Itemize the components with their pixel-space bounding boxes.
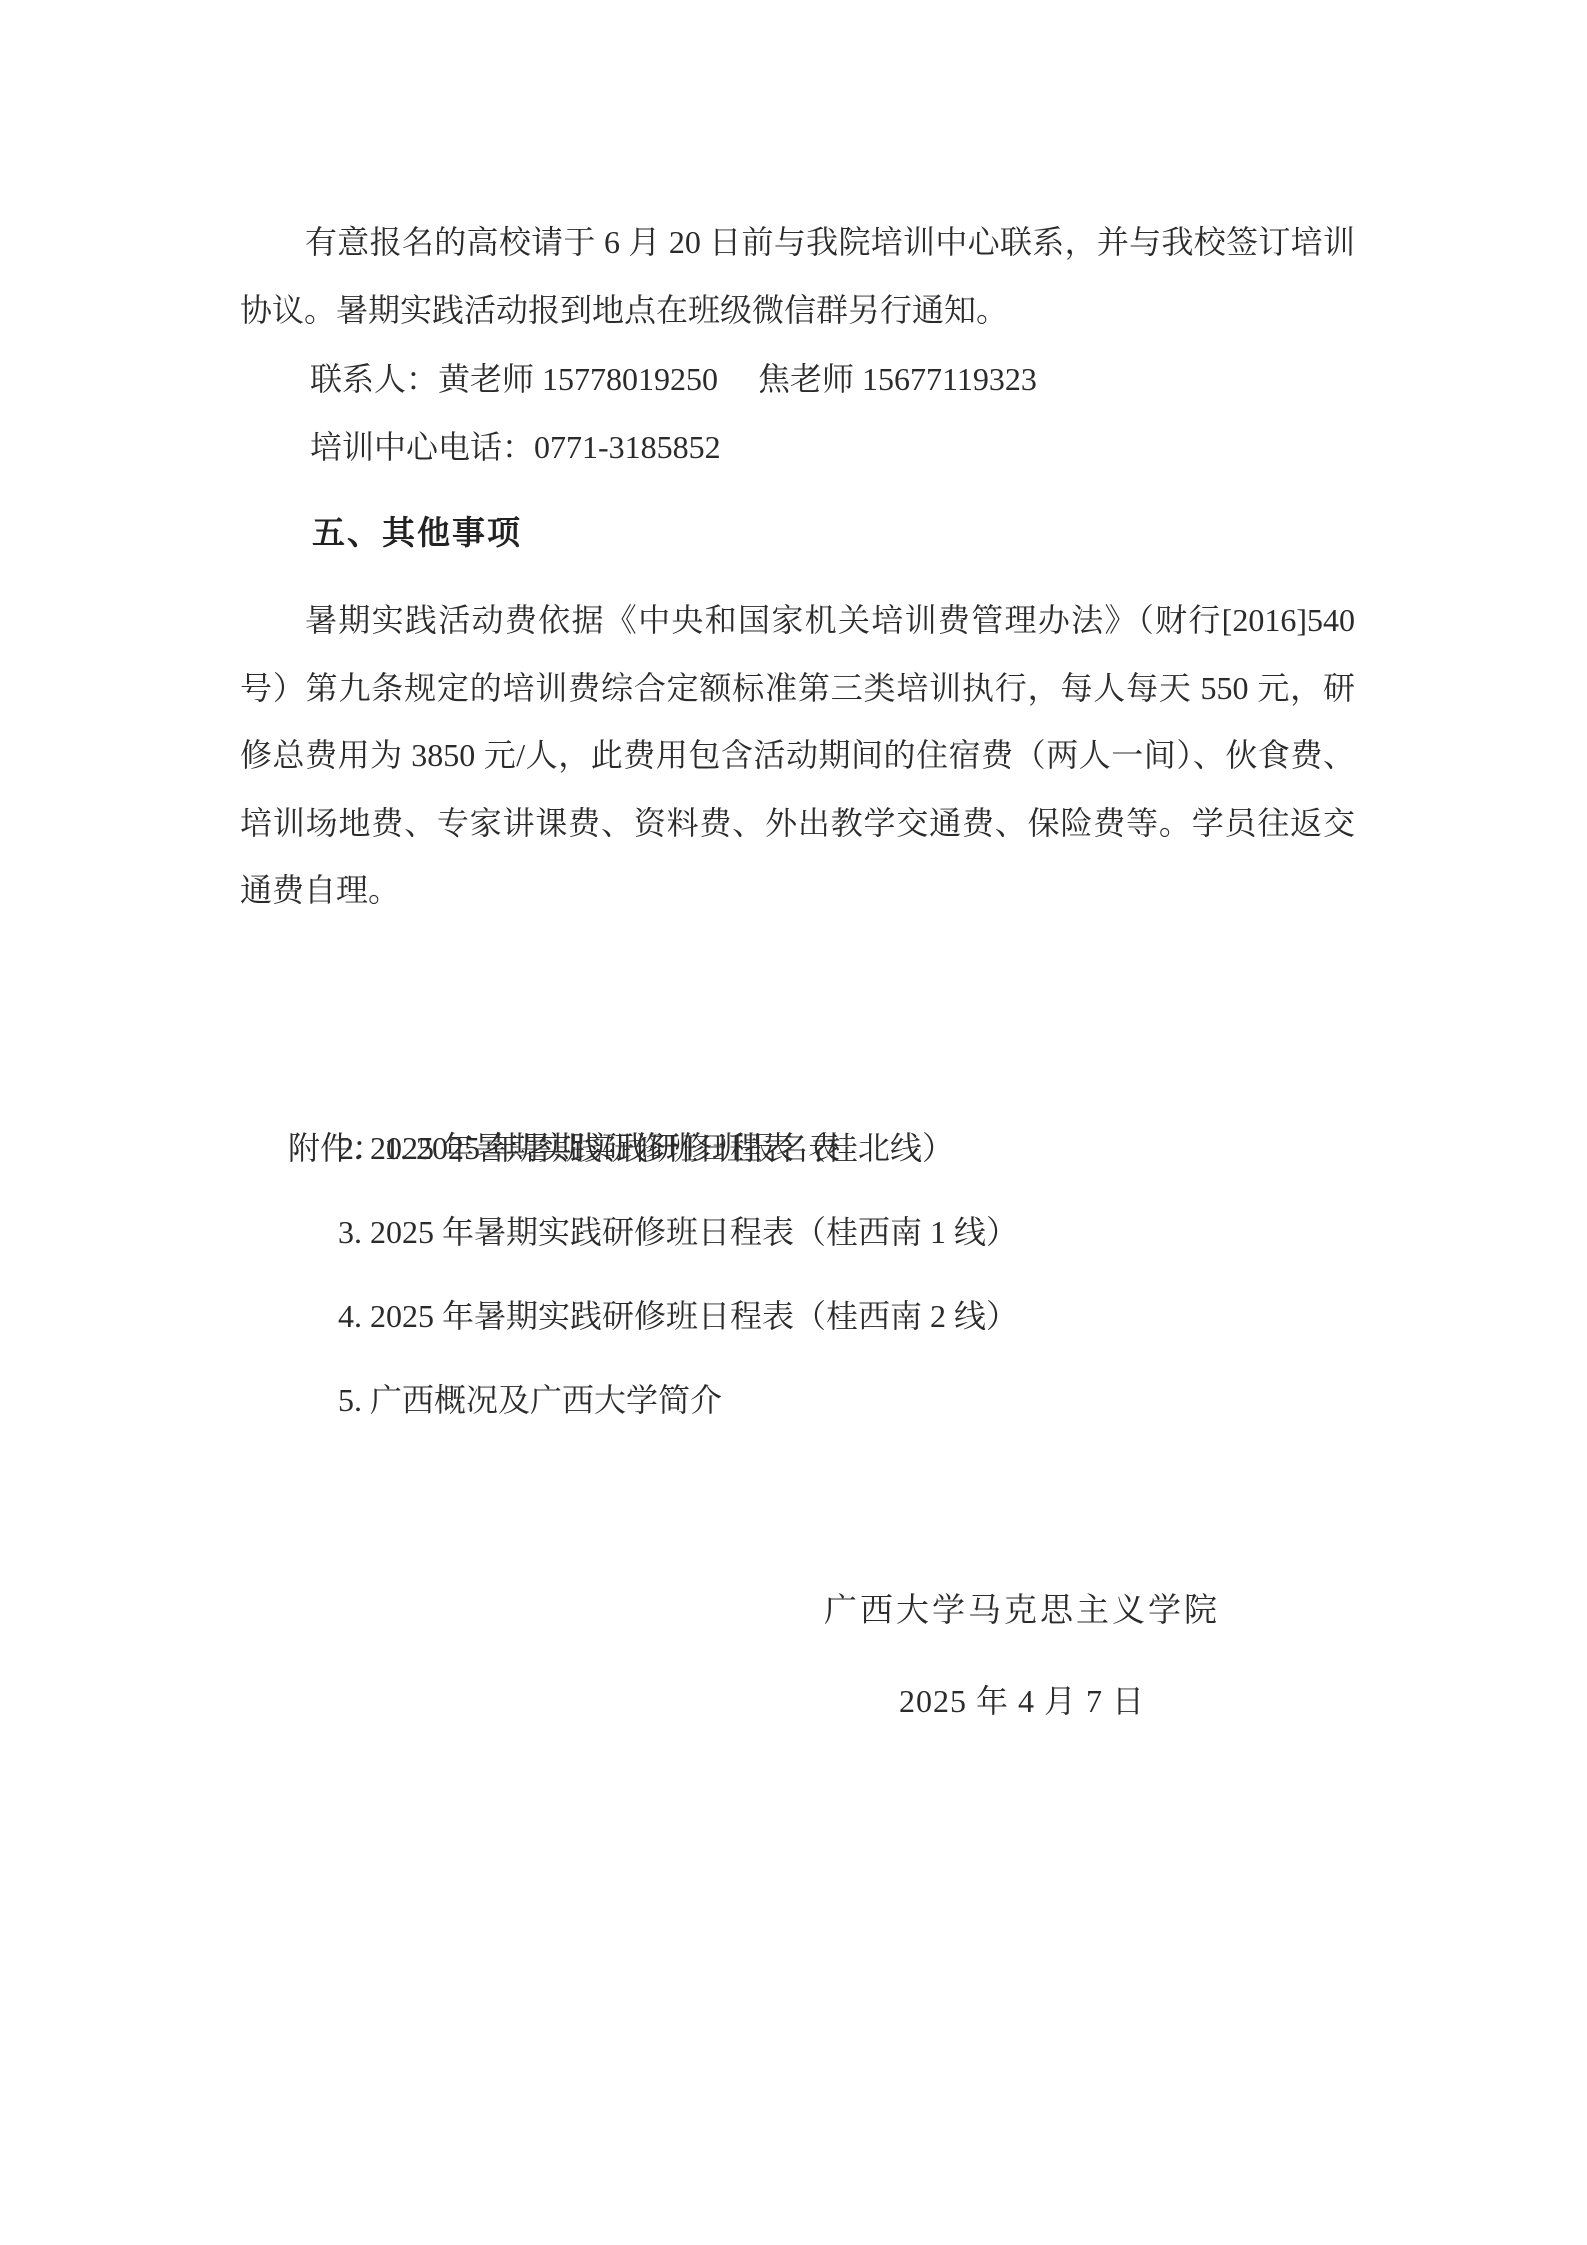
intro-line-1: 有意报名的高校请于 6 月 20 日前与我院培训中心联系，并与我校签订培训 bbox=[240, 209, 1355, 277]
attachment-item-2: 2. 2025 年暑期实践研修班日程表（桂北线） bbox=[240, 1106, 1390, 1190]
fee-line-5: 通费自理。 bbox=[240, 857, 1355, 925]
intro-paragraph: 有意报名的高校请于 6 月 20 日前与我院培训中心联系，并与我校签订培训 协议… bbox=[240, 209, 1355, 344]
attachments-list: 附件：1. 2025 年暑期实践研修班报名表 2. 2025 年暑期实践研修班日… bbox=[240, 1022, 1390, 1442]
fee-paragraph: 暑期实践活动费依据《中央和国家机关培训费管理办法》（财行[2016]540 号）… bbox=[240, 587, 1355, 925]
attachment-item-3: 3. 2025 年暑期实践研修班日程表（桂西南 1 线） bbox=[240, 1190, 1390, 1274]
fee-line-4: 培训场地费、专家讲课费、资料费、外出教学交通费、保险费等。学员往返交 bbox=[240, 790, 1355, 858]
intro-line-2: 协议。暑期实践活动报到地点在班级微信群另行通知。 bbox=[240, 277, 1355, 345]
signature-date: 2025 年 4 月 7 日 bbox=[722, 1681, 1322, 1721]
contact-persons-line: 联系人：黄老师 15778019250 焦老师 15677119323 bbox=[310, 345, 1360, 413]
fee-line-1: 暑期实践活动费依据《中央和国家机关培训费管理办法》（财行[2016]540 bbox=[240, 587, 1355, 655]
signature-organization: 广西大学马克思主义学院 bbox=[722, 1591, 1322, 1631]
attachment-item-4: 4. 2025 年暑期实践研修班日程表（桂西南 2 线） bbox=[240, 1274, 1390, 1358]
attachment-item-5: 5. 广西概况及广西大学简介 bbox=[240, 1358, 1390, 1442]
attachment-line-1: 附件：1. 2025 年暑期实践研修班报名表 bbox=[240, 1022, 1390, 1106]
fee-line-2: 号）第九条规定的培训费综合定额标准第三类培训执行，每人每天 550 元，研 bbox=[240, 655, 1355, 723]
section-heading: 五、其他事项 bbox=[312, 514, 1212, 554]
training-center-phone-line: 培训中心电话：0771-3185852 bbox=[310, 413, 1360, 481]
document-page: 有意报名的高校请于 6 月 20 日前与我院培训中心联系，并与我校签订培训 协议… bbox=[0, 0, 1587, 2245]
fee-line-3: 修总费用为 3850 元/人，此费用包含活动期间的住宿费（两人一间）、伙食费、 bbox=[240, 722, 1355, 790]
